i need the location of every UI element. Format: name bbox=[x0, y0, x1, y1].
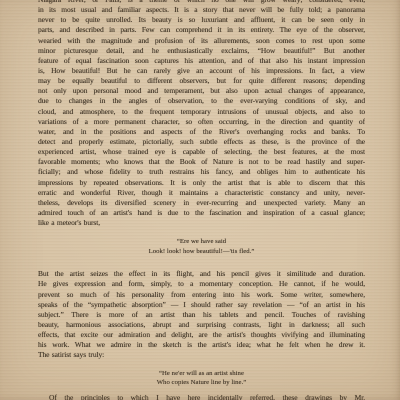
verse-quote-2: “He ne'er will as an artist shine Who co… bbox=[38, 369, 365, 388]
paragraph-3: Of the principles to which I have here i… bbox=[38, 393, 365, 400]
text-line: Of the principles to which I have here i… bbox=[38, 393, 365, 400]
text-line: parts, and described in parts. Few can c… bbox=[38, 25, 365, 35]
text-line: erratic and wonderful River, though it m… bbox=[38, 188, 365, 198]
text-line: The satirist says truly: bbox=[38, 350, 365, 360]
text-line: his work. What we admire in the sketch i… bbox=[38, 340, 365, 350]
text-line: due to changes in the angles of observat… bbox=[38, 96, 365, 106]
text-line: feature of equal fascination soon captur… bbox=[38, 56, 365, 66]
text-line: experienced artist, whose trained eye is… bbox=[38, 147, 365, 157]
text-line: not only upon personal mood and temperam… bbox=[38, 86, 365, 96]
text-line: cloud, and atmosphere, to the frequent t… bbox=[38, 107, 365, 117]
paragraph-1: Niagara River, or Falls, is a theme of w… bbox=[38, 0, 365, 228]
text-line: He gives expression and form, simply, to… bbox=[38, 279, 365, 289]
text-line: beauty, harmonious associations, abrupt … bbox=[38, 320, 365, 330]
verse-line: Who copies Nature line by line.” bbox=[38, 378, 365, 388]
text-line: But the artist seizes the effect in its … bbox=[38, 269, 365, 279]
text-line: like a meteor's burst, bbox=[38, 218, 365, 228]
text-line: prevent so much of his personality from … bbox=[38, 290, 365, 300]
text-line: is, How beautiful! But he can rarely giv… bbox=[38, 66, 365, 76]
text-line: subject.” There is more of an artist tha… bbox=[38, 310, 365, 320]
text-line: wearied with the magnitude and profusion… bbox=[38, 36, 365, 46]
text-line: speaks of the “sympathetic absorption” —… bbox=[38, 300, 365, 310]
text-column: Niagara River, or Falls, is a theme of w… bbox=[38, 0, 365, 400]
text-line: admired touch of an artist's hand is due… bbox=[38, 208, 365, 218]
text-line: water, and in the positions and aspects … bbox=[38, 127, 365, 137]
text-line: theless, develops its diversified scener… bbox=[38, 198, 365, 208]
text-line: may be equally beautiful to different ob… bbox=[38, 76, 365, 86]
text-line: in its most usual and familiar aspects. … bbox=[38, 5, 365, 15]
paragraph-2: But the artist seizes the effect in its … bbox=[38, 269, 365, 360]
text-line: favorable moments; who knows that the Bo… bbox=[38, 157, 365, 167]
text-line: never to be quite unrolled. Its beauty i… bbox=[38, 15, 365, 25]
text-line: ficially; and whose fidelity to truth re… bbox=[38, 167, 365, 177]
text-line: effects, that excite our admiration and … bbox=[38, 330, 365, 340]
verse-quote-1: “Ere we have said Look! look! how beauti… bbox=[38, 237, 365, 256]
text-line: variations of a more permanent character… bbox=[38, 117, 365, 127]
scanned-page: Niagara River, or Falls, is a theme of w… bbox=[0, 0, 400, 400]
text-line: impressions by repeated observations. It… bbox=[38, 178, 365, 188]
text-line: detect and properly estimate, pictoriall… bbox=[38, 137, 365, 147]
text-line: minor picturesque detail, and he enthusi… bbox=[38, 46, 365, 56]
verse-line: “Ere we have said bbox=[38, 237, 365, 247]
verse-line: “He ne'er will as an artist shine bbox=[38, 369, 365, 379]
verse-line: Look! look! how beautiful!—'tis fled.” bbox=[38, 247, 365, 257]
